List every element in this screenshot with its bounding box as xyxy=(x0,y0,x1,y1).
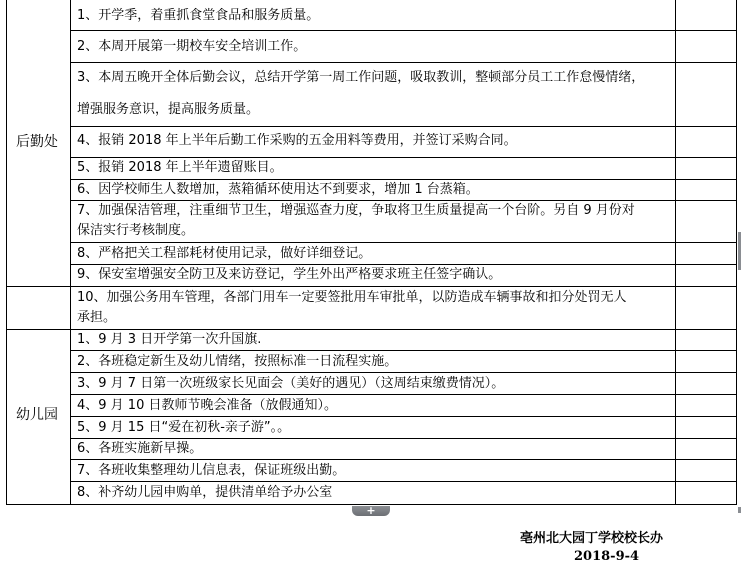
signature-office: 亳州北大园丁学校校长办 xyxy=(520,527,663,546)
list-item: 1、开学季，着重抓食堂食品和服务质量。 xyxy=(77,8,319,24)
row-line xyxy=(70,481,737,482)
table-column-divider-2 xyxy=(675,0,676,505)
list-item: 5、报销 2018 年上半年遗留账目。 xyxy=(77,160,283,176)
row-line xyxy=(70,394,737,395)
row-line xyxy=(70,179,737,180)
list-item-continued: 增强服务意识，提高服务质量。 xyxy=(77,102,259,118)
add-row-button[interactable]: + xyxy=(352,506,390,516)
list-item: 8、严格把关工程部耗材使用记录，做好详细登记。 xyxy=(77,246,371,262)
list-item: 3、9 月 7 日第一次班级家长见面会（美好的遇见）（这周结束缴费情况）。 xyxy=(77,376,504,392)
list-item-continued: 保洁实行考核制度。 xyxy=(77,223,194,239)
list-item: 1、9 月 3 日开学第一次升国旗. xyxy=(77,332,261,348)
table-column-divider-1 xyxy=(70,0,71,505)
row-line xyxy=(70,264,737,265)
list-item: 3、本周五晚开全体后勤会议，总结开学第一周工作问题，吸取教训，整顿部分员工工作怠… xyxy=(77,70,644,86)
department-kindergarten: 幼儿园 xyxy=(16,407,58,423)
list-item: 2、各班稳定新生及幼儿情绪，按照标准一日流程实施。 xyxy=(77,354,397,370)
row-line xyxy=(6,286,737,287)
row-line xyxy=(70,157,737,158)
list-item: 9、保安室增强安全防卫及来访登记，学生外出严格要求班主任签字确认。 xyxy=(77,267,501,283)
list-item: 6、因学校师生人数增加，蒸箱循环使用达不到要求，增加 1 台蒸箱。 xyxy=(77,182,479,198)
row-line xyxy=(70,242,737,243)
list-item: 10、加强公务用车管理，各部门用车一定要签批用车审批单，以防造成车辆事故和扣分处… xyxy=(77,290,627,306)
list-item: 4、9 月 10 日教师节晚会准备（放假通知）。 xyxy=(77,398,337,414)
row-line xyxy=(70,350,737,351)
row-line xyxy=(70,372,737,373)
list-item: 2、本周开展第一期校车安全培训工作。 xyxy=(77,39,306,55)
row-line xyxy=(6,329,737,330)
list-item: 4、报销 2018 年上半年后勤工作采购的五金用料等费用，并签订采购合同。 xyxy=(77,133,517,149)
department-logistics: 后勤处 xyxy=(16,134,58,150)
row-line xyxy=(70,416,737,417)
row-line xyxy=(70,126,737,127)
row-line xyxy=(70,30,737,31)
document-page: 后勤处 幼儿园 1、开学季，着重抓食堂食品和服务质量。 2、本周开展第一期校车安… xyxy=(0,0,741,566)
list-item: 8、补齐幼儿园申购单，提供清单给予办公室 xyxy=(77,485,332,501)
signature-date: 2018-9-4 xyxy=(574,549,639,564)
list-item-continued: 承担。 xyxy=(77,310,116,326)
row-line xyxy=(70,200,737,201)
list-item: 5、9 月 15 日“爱在初秋-亲子游”。。 xyxy=(77,420,290,436)
list-item: 6、各班实施新早操。 xyxy=(77,441,202,457)
row-line xyxy=(70,438,737,439)
list-item: 7、各班收集整理幼儿信息表，保证班级出勤。 xyxy=(77,463,345,479)
table-border-right xyxy=(736,0,737,505)
row-line xyxy=(70,62,737,63)
row-line xyxy=(70,459,737,460)
list-item: 7、加强保洁管理，注重细节卫生，增强巡查力度，争取将卫生质量提高一个台阶。另自 … xyxy=(77,203,635,219)
table-border-left xyxy=(6,0,7,505)
